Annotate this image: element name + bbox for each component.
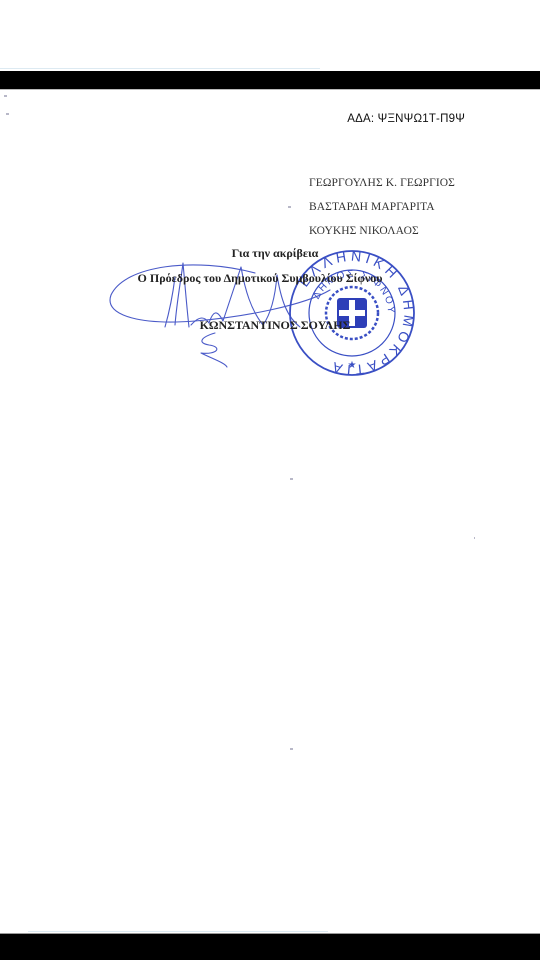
attendee-name: ΒΑΣΤΑΡΔΗ ΜΑΡΓΑΡΙΤΑ [309,199,455,223]
attendee-name: ΚΟΥΚΗΣ ΝΙΚΟΛΑΟΣ [309,223,455,247]
scan-dot [290,478,293,480]
scan-dot [474,537,475,539]
scan-dot [6,113,9,115]
top-black-bar [0,71,540,89]
official-stamp: ΕΛΛΗΝΙΚΗ ΔΗΜΟΚΡΑΤΙΑ ΔΗΜΟΣ ΣΙΦΝΟΥ ★ [287,248,417,378]
scan-dot [4,95,7,97]
scan-artifact-line [28,931,328,932]
scan-artifact-line [0,68,320,69]
svg-text:★: ★ [348,360,357,371]
certification-role: Ο Πρόεδρος του Δημοτικού Συμβουλίου Σίφν… [100,271,420,286]
certification-signatory: ΚΩΝΣΤΑΝΤΙΝΟΣ ΣΟΥΛΗΣ [130,318,420,333]
attendee-list: ΓΕΩΡΓΟΥΛΗΣ Κ. ΓΕΩΡΓΙΟΣ ΒΑΣΤΑΡΔΗ ΜΑΡΓΑΡΙΤ… [309,175,455,247]
ada-code: ΑΔΑ: ΨΞΝΨΩ1Τ-Π9Ψ [347,113,465,125]
scan-dot [290,748,293,750]
top-bar-edge [0,89,540,90]
scan-dot [288,206,291,208]
bottom-black-bar [0,934,540,960]
certification-heading: Για την ακρίβεια [130,246,420,261]
attendee-name: ΓΕΩΡΓΟΥΛΗΣ Κ. ΓΕΩΡΓΙΟΣ [309,175,455,199]
